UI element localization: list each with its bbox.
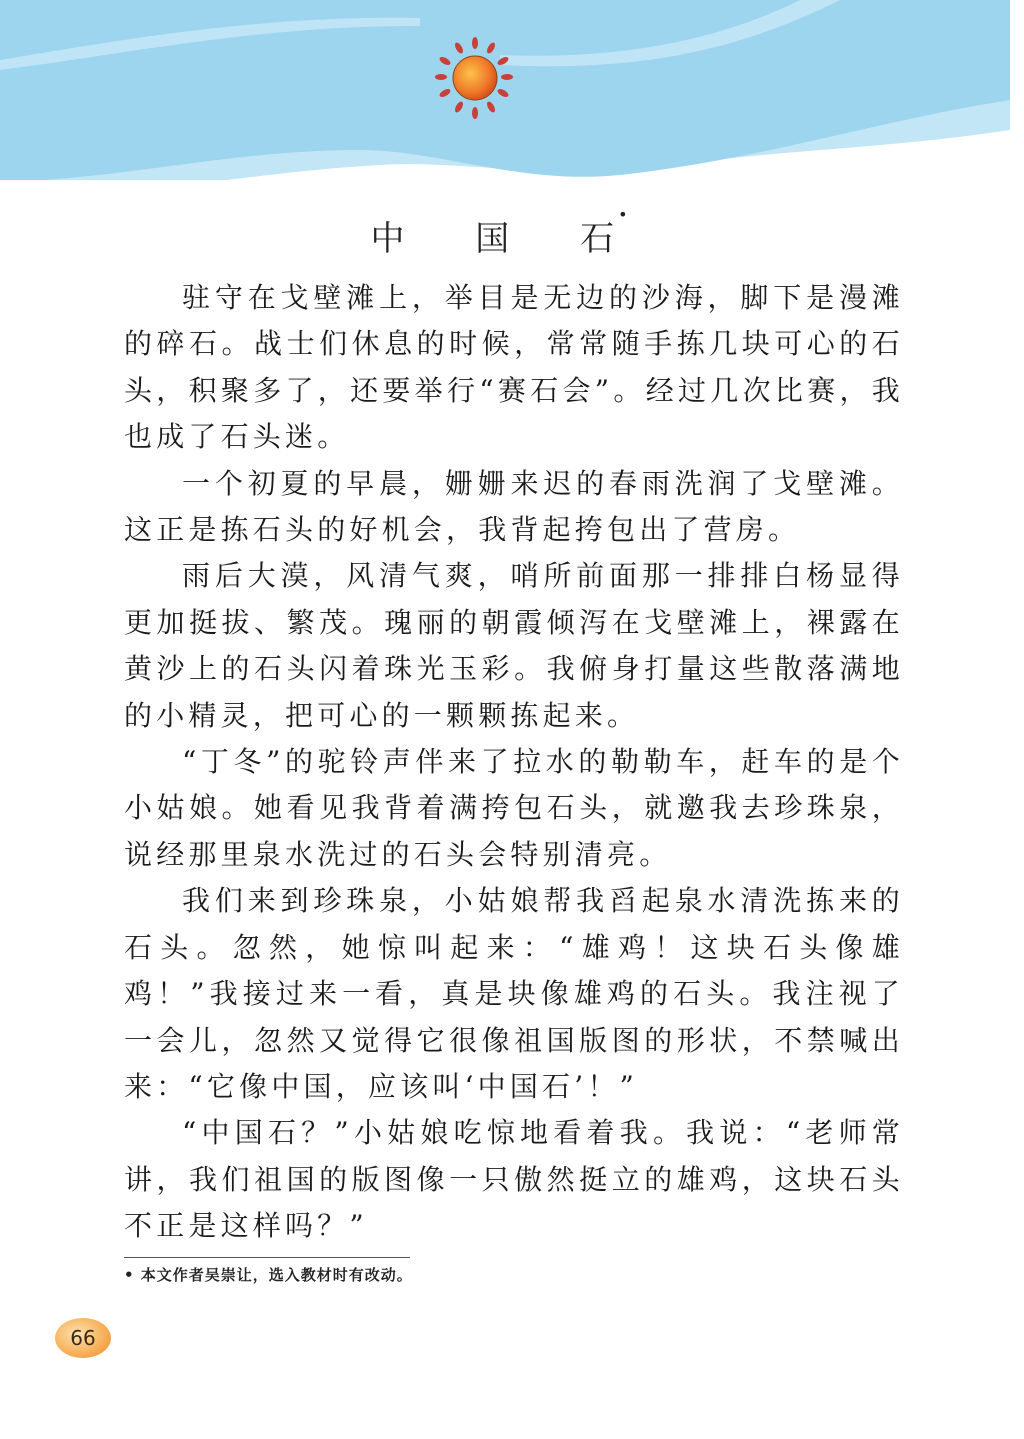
paragraph: “丁冬”的驼铃声伴来了拉水的勒勒车，赶车的是个小姑娘。她看见我背着满挎包石头，就… xyxy=(124,739,904,878)
paragraph: “中国石？”小姑娘吃惊地看着我。我说：“老师常讲，我们祖国的版图像一只傲然挺立的… xyxy=(124,1110,904,1249)
lesson-body: 驻守在戈壁滩上，举目是无边的沙海，脚下是漫滩的碎石。战士们休息的时候，常常随手拣… xyxy=(124,275,904,1250)
footnote-divider xyxy=(124,1257,410,1258)
page-number: 66 xyxy=(70,1326,95,1350)
sun-icon xyxy=(425,35,525,125)
footnote-marker: • xyxy=(618,205,627,224)
page-number-badge: 66 xyxy=(55,1318,111,1358)
lesson-title: 中 国 石• xyxy=(0,211,1024,260)
paragraph: 一个初夏的早晨，姗姗来迟的春雨洗润了戈壁滩。这正是拣石头的好机会，我背起挎包出了… xyxy=(124,461,904,554)
paragraph: 我们来到珍珠泉，小姑娘帮我舀起泉水清洗拣来的石头。忽然，她惊叫起来：“雄鸡！这块… xyxy=(124,878,904,1110)
paragraph: 驻守在戈壁滩上，举目是无边的沙海，脚下是漫滩的碎石。战士们休息的时候，常常随手拣… xyxy=(124,275,904,461)
paragraph: 雨后大漠，风清气爽，哨所前面那一排排白杨显得更加挺拔、繁茂。瑰丽的朝霞倾泻在戈壁… xyxy=(124,553,904,739)
footnote: • 本文作者吴崇让，选入教材时有改动。 xyxy=(124,1264,413,1285)
